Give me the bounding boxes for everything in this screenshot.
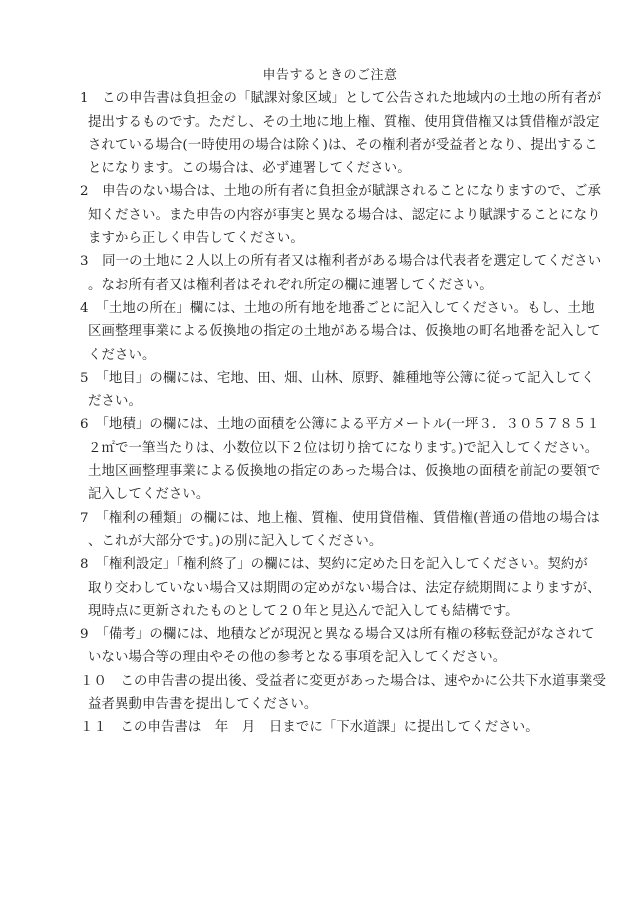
notice-line: 2 申告のない場合は、土地の所有者に負担金が賦課されることになりますので、ご承 <box>80 180 570 203</box>
notice-line: 区画整理事業による仮換地の指定の土地がある場合は、仮換地の町名地番を記入して <box>80 320 570 343</box>
notice-line: いない場合等の理由やその他の参考となる事項を記入してください。 <box>80 646 570 669</box>
notice-line: 5 「地目」の欄には、宅地、田、畑、山林、原野、雑種地等公簿に従って記入してく <box>80 367 570 390</box>
notice-line: 7 「権利の種類」の欄には、地上権、質権、使用貸借権、賃借権(普通の借地の場合は <box>80 507 570 530</box>
notice-item-4: 4 「土地の所在」欄には、土地の所有地を地番ごとに記入してください。もし、土地 … <box>80 297 570 367</box>
notice-item-8: 8 「権利設定」「権利終了」の欄には、契約に定めた日を記入してください。契約が … <box>80 553 570 623</box>
notice-item-11: １１ この申告書は 年 月 日までに「下水道課」に提出してください。 <box>80 716 570 739</box>
notice-line: 9 「備考」の欄には、地積などが現況と異なる場合又は所有権の移転登記がなされて <box>80 623 570 646</box>
notice-item-6: 6 「地積」の欄には、土地の面積を公簿による平方メートル(一坪３．３０５７８５１… <box>80 413 570 506</box>
notice-line: 土地区画整理事業による仮換地の指定のあった場合は、仮換地の面積を前記の要領で <box>80 460 570 483</box>
notice-line: 記入してください。 <box>80 483 570 506</box>
notice-line: 1 この申告書は負担金の「賦課対象区域」として公告された地域内の土地の所有者が <box>80 87 570 110</box>
notice-line: 8 「権利設定」「権利終了」の欄には、契約に定めた日を記入してください。契約が <box>80 553 570 576</box>
notice-line: 6 「地積」の欄には、土地の面積を公簿による平方メートル(一坪３．３０５７８５１ <box>80 413 570 436</box>
notice-line: されている場合(一時使用の場合は除く)は、その権利者が受益者となり、提出するこ <box>80 134 570 157</box>
notice-line: １１ この申告書は 年 月 日までに「下水道課」に提出してください。 <box>80 716 570 739</box>
notice-item-1: 1 この申告書は負担金の「賦課対象区域」として公告された地域内の土地の所有者が … <box>80 87 570 180</box>
notice-line: ください。 <box>80 344 570 367</box>
notice-item-3: 3 同一の土地に２人以上の所有者又は権利者がある場合は代表者を選定してください … <box>80 250 570 297</box>
notice-item-9: 9 「備考」の欄には、地積などが現況と異なる場合又は所有権の移転登記がなされて … <box>80 623 570 670</box>
notice-item-5: 5 「地目」の欄には、宅地、田、畑、山林、原野、雑種地等公簿に従って記入してく … <box>80 367 570 414</box>
notice-line: 、これが大部分です。)の別に記入してください。 <box>80 530 570 553</box>
notice-item-2: 2 申告のない場合は、土地の所有者に負担金が賦課されることになりますので、ご承 … <box>80 180 570 250</box>
notice-item-7: 7 「権利の種類」の欄には、地上権、質権、使用貸借権、賃借権(普通の借地の場合は… <box>80 507 570 554</box>
notice-line: 提出するものです。ただし、その土地に地上権、質権、使用貸借権又は賃借権が設定 <box>80 111 570 134</box>
notice-line: 。なお所有者又は権利者はそれぞれ所定の欄に連署してください。 <box>80 274 570 297</box>
notice-line: とになります。この場合は、必ず連署してください。 <box>80 157 570 180</box>
notice-line: 益者異動申告書を提出してください。 <box>80 693 570 716</box>
notice-line: 取り交わしていない場合又は期間の定めがない場合は、法定存続期間によりますが、 <box>80 577 570 600</box>
notice-line: １０ この申告書の提出後、受益者に変更があった場合は、速やかに公共下水道事業受 <box>80 670 570 693</box>
notice-line: ２㎡で一筆当たりは、小数位以下２位は切り捨てになります。)で記入してください。 <box>80 437 570 460</box>
notice-line: ださい。 <box>80 390 570 413</box>
notice-line: 3 同一の土地に２人以上の所有者又は権利者がある場合は代表者を選定してください <box>80 250 570 273</box>
document-title: 申告するときのご注意 <box>90 64 570 87</box>
notice-line: ますから正しく申告してください。 <box>80 227 570 250</box>
notice-line: 知ください。また申告の内容が事実と異なる場合は、認定により賦課することになり <box>80 204 570 227</box>
notice-line: 4 「土地の所在」欄には、土地の所有地を地番ごとに記入してください。もし、土地 <box>80 297 570 320</box>
document-page: 申告するときのご注意 1 この申告書は負担金の「賦課対象区域」として公告された地… <box>80 64 570 740</box>
notice-item-10: １０ この申告書の提出後、受益者に変更があった場合は、速やかに公共下水道事業受 … <box>80 670 570 717</box>
notice-line: 現時点に更新されたものとして２０年と見込んで記入しても結構です。 <box>80 600 570 623</box>
